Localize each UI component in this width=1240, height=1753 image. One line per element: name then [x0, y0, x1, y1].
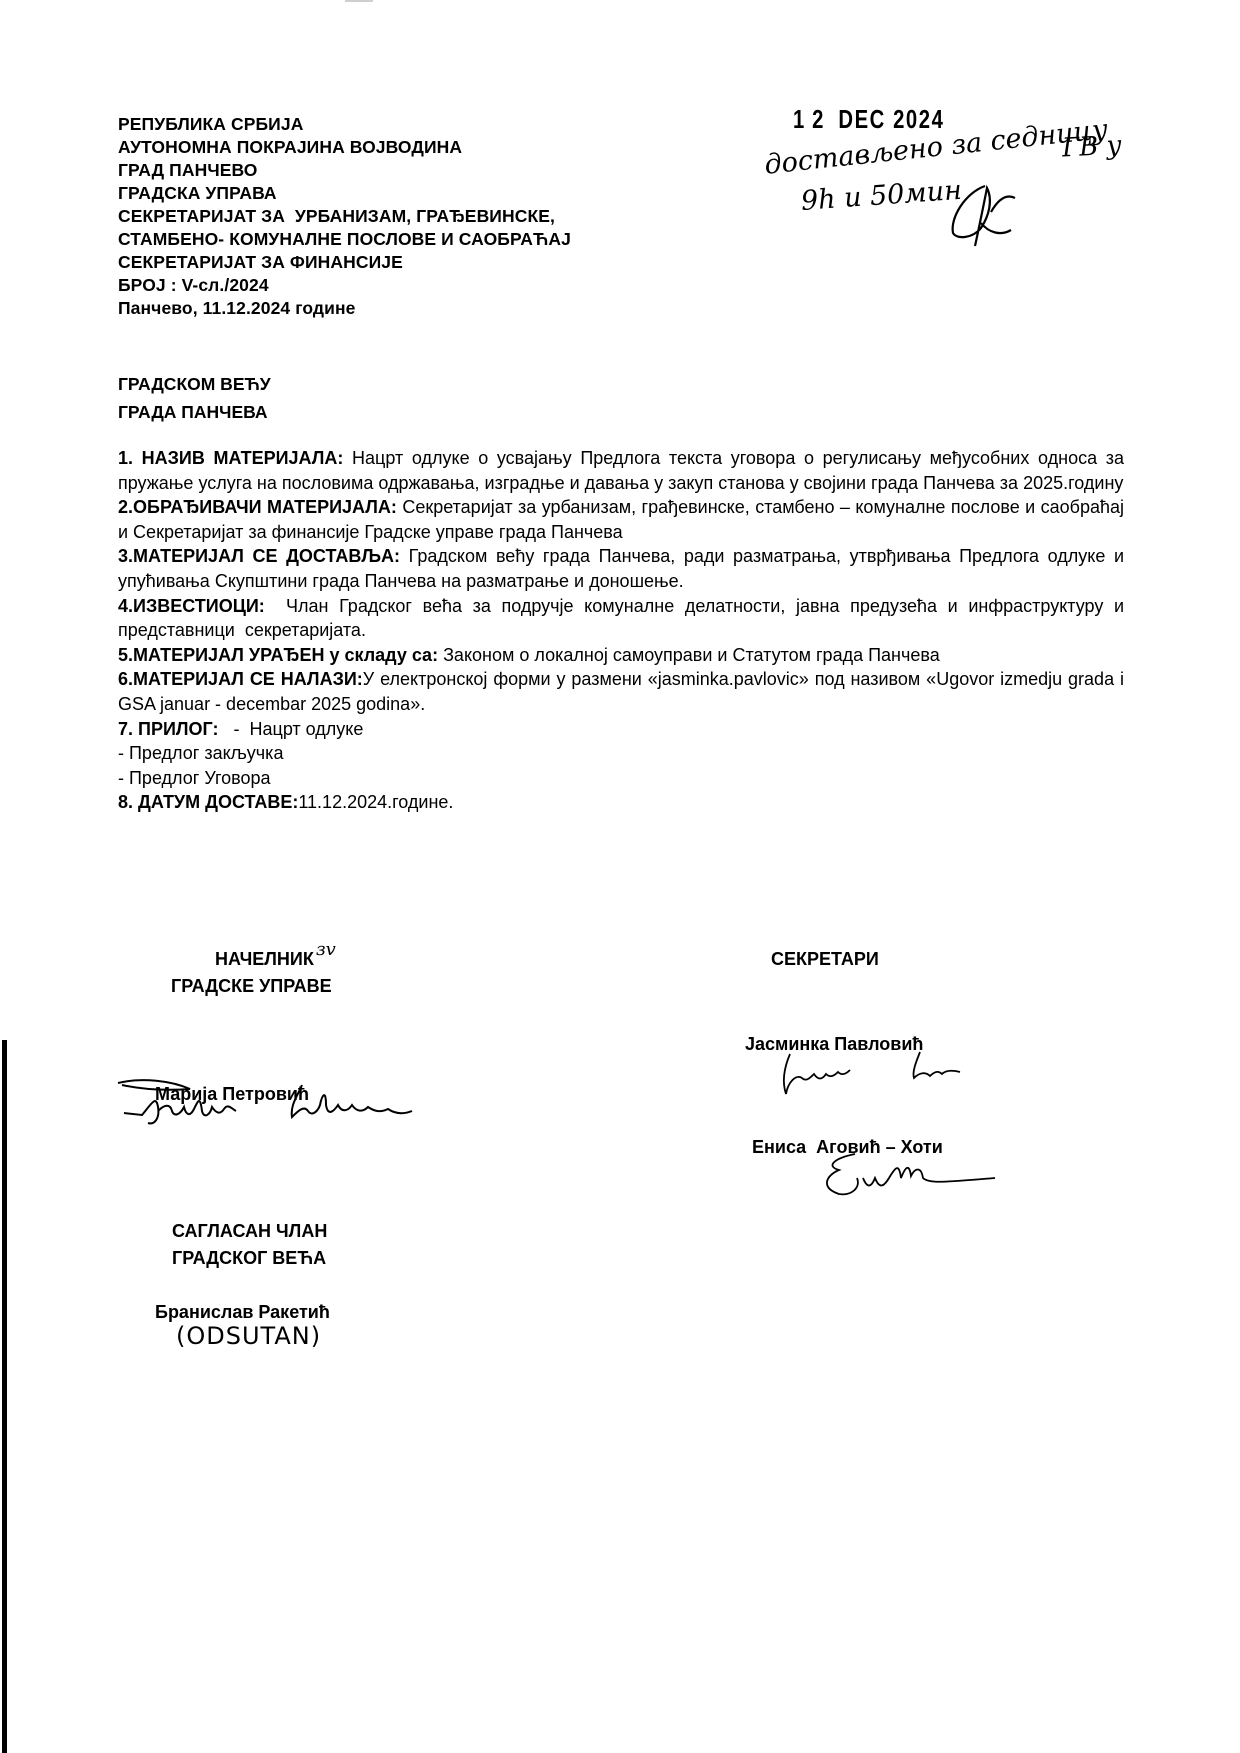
item-label: 7. ПРИЛОГ: — [118, 719, 219, 739]
receipt-stamp: 12 DEC 2024 — [793, 104, 944, 135]
item-label: 6.МАТЕРИЈАЛ СЕ НАЛАЗИ: — [118, 669, 363, 689]
header-line: СТАМБЕНО- КОМУНАЛНЕ ПОСЛОВЕ И САОБРАЋАЈ — [118, 228, 571, 251]
secretary-1-signature-icon — [770, 1048, 990, 1108]
header-line: СЕКРЕТАРИЈАТ ЗА ФИНАНСИЈЕ — [118, 251, 571, 274]
header-line: СЕКРЕТАРИЈАТ ЗА УРБАНИЗАМ, ГРАЂЕВИНСКЕ, — [118, 205, 571, 228]
header-line: ГРАД ПАНЧЕВО — [118, 159, 571, 182]
item-label: 8. ДАТУМ ДОСТАВЕ: — [118, 792, 298, 812]
document-page: РЕПУБЛИКА СРБИЈА АУТОНОМНА ПОКРАЈИНА ВОЈ… — [0, 0, 1240, 1753]
council-member-title-line2: ГРАДСКОГ ВЕЋА — [172, 1245, 326, 1272]
item-rapporteurs: 4.ИЗВЕСТИОЦИ: Члан Градског већа за подр… — [118, 594, 1124, 643]
item-location: 6.МАТЕРИЈАЛ СЕ НАЛАЗИ:У електронској фор… — [118, 667, 1124, 716]
attachment-item: - Предлог закључка — [118, 741, 1124, 766]
attachment-item: - Нацрт одлуке — [219, 719, 364, 739]
item-label: 1. НАЗИВ МАТЕРИЈАЛА: — [118, 448, 343, 468]
handwritten-note-suffix: ГВ у — [1061, 130, 1122, 163]
addressee: ГРАДСКОМ ВЕЋУ ГРАДА ПАНЧЕВА — [118, 370, 271, 426]
item-material-name: 1. НАЗИВ МАТЕРИЈАЛА: Нацрт одлуке о усва… — [118, 446, 1124, 495]
sender-header: РЕПУБЛИКА СРБИЈА АУТОНОМНА ПОКРАЈИНА ВОЈ… — [118, 113, 571, 320]
secretaries-title: СЕКРЕТАРИ — [771, 946, 879, 973]
item-label: 4.ИЗВЕСТИОЦИ: — [118, 596, 265, 616]
attachment-item: - Предлог Уговора — [118, 766, 1124, 791]
scan-artifact — [345, 0, 373, 2]
stamp-signature-icon — [945, 178, 1025, 248]
stamp-year: 2024 — [893, 104, 944, 134]
secretary-2-signature-icon — [815, 1148, 1015, 1208]
header-line: ГРАДСКА УПРАВА — [118, 182, 571, 205]
stamp-day: 12 — [793, 104, 831, 134]
chief-initials: зv — [316, 939, 336, 960]
council-member-title-line1: САГЛАСАН ЧЛАН — [172, 1218, 327, 1245]
chief-signature-icon — [112, 1075, 462, 1135]
header-line: РЕПУБЛИКА СРБИЈА — [118, 113, 571, 136]
item-text: Законом о локалној самоуправи и Статутом… — [438, 645, 940, 665]
item-label: 5.МАТЕРИЈАЛ УРАЂЕН у складу са: — [118, 645, 438, 665]
item-label: 2.ОБРАЂИВАЧИ МАТЕРИЈАЛА: — [118, 497, 397, 517]
delivery-date-value: 11.12.2024.године. — [298, 792, 453, 812]
item-text: Члан Градског већа за подручје комуналне… — [118, 596, 1129, 641]
council-member-name: Бранислав Ракетић — [155, 1302, 330, 1323]
council-member-absent-note: (odsutan) — [176, 1322, 321, 1350]
stamp-month: DEC — [838, 104, 886, 134]
handwritten-note-line2: 9h и 50мин — [800, 175, 963, 217]
item-legal-basis: 5.МАТЕРИЈАЛ УРАЂЕН у складу са: Законом … — [118, 643, 1124, 668]
item-delivered-to: 3.МАТЕРИЈАЛ СЕ ДОСТАВЉА: Градском већу г… — [118, 544, 1124, 593]
addressee-line: ГРАДСКОМ ВЕЋУ — [118, 370, 271, 398]
item-label: 3.МАТЕРИЈАЛ СЕ ДОСТАВЉА: — [118, 546, 400, 566]
item-attachments: 7. ПРИЛОГ: - Нацрт одлуке — [118, 717, 1124, 742]
chief-title-line2: ГРАДСКЕ УПРАВЕ — [171, 973, 332, 1000]
document-date: Панчево, 11.12.2024 године — [118, 297, 571, 320]
item-authors: 2.ОБРАЂИВАЧИ МАТЕРИЈАЛА: Секретаријат за… — [118, 495, 1124, 544]
document-body: 1. НАЗИВ МАТЕРИЈАЛА: Нацрт одлуке о усва… — [118, 446, 1124, 815]
scan-edge-line — [2, 1040, 7, 1753]
chief-title-line1: НАЧЕЛНИК — [215, 949, 314, 969]
addressee-line: ГРАДА ПАНЧЕВА — [118, 398, 271, 426]
chief-title: НАЧЕЛНИКзv — [215, 946, 336, 973]
document-number: БРОЈ : V-сл./2024 — [118, 274, 571, 297]
item-delivery-date: 8. ДАТУМ ДОСТАВЕ:11.12.2024.године. — [118, 790, 1124, 815]
header-line: АУТОНОМНА ПОКРАЈИНА ВОЈВОДИНА — [118, 136, 571, 159]
